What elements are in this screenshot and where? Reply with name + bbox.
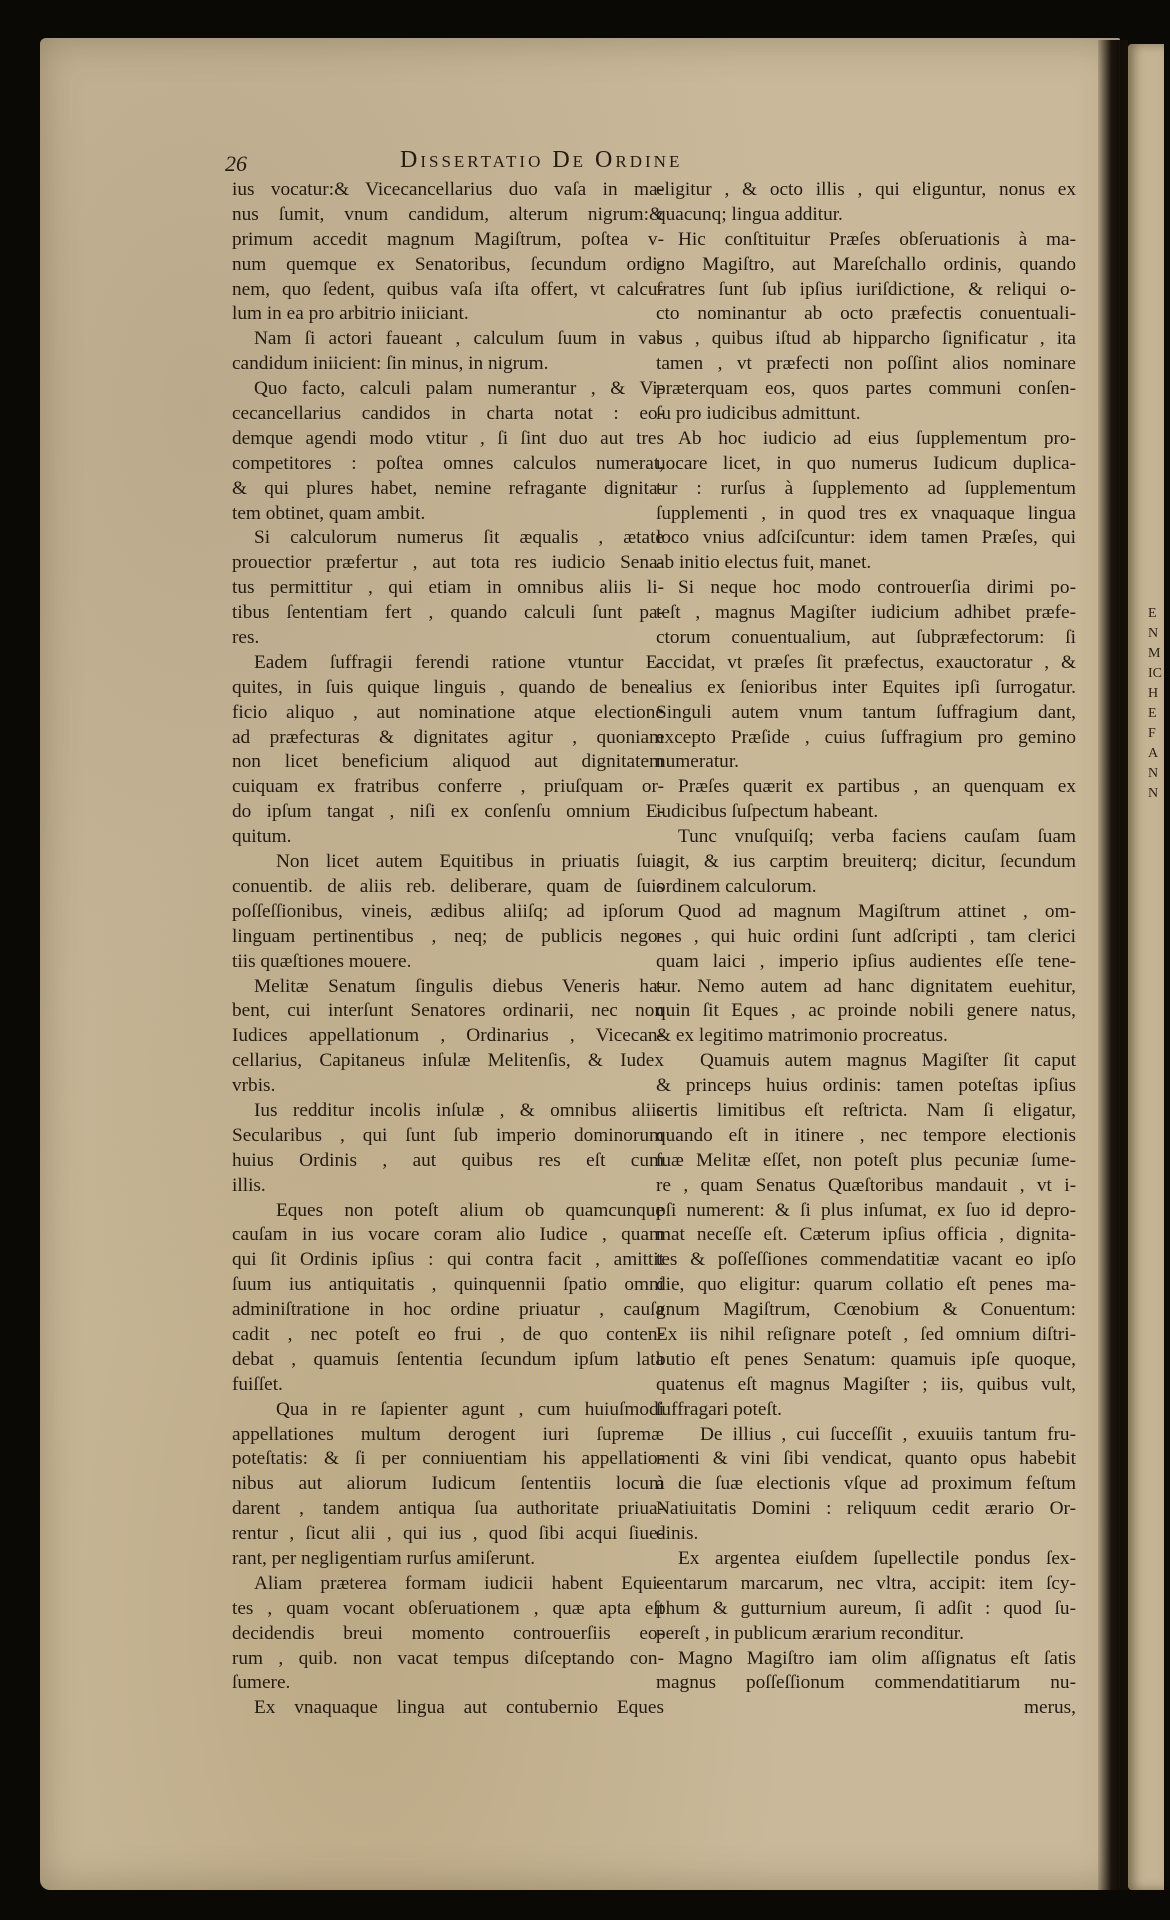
text-line: Quod ad magnum Magiſtrum attinet , om- <box>656 900 1076 925</box>
text-line: mat neceſſe eſt. Cæterum ipſius officia … <box>656 1223 1076 1248</box>
text-line: tur : rurſus à ſupplemento ad ſupplement… <box>656 477 1076 502</box>
text-line: cto nominantur ab octo præfectis conuent… <box>656 302 1076 327</box>
text-line: uocare licet, in quo numerus Iudicum dup… <box>656 452 1076 477</box>
text-line: & princeps huius ordinis: tamen poteſtas… <box>656 1074 1076 1099</box>
text-line: Si neque hoc modo controuerſia dirimi po… <box>656 576 1076 601</box>
text-line: cauſam in ius vocare coram alio Iudice ,… <box>232 1223 664 1248</box>
text-line: demque agendi modo vtitur , ſi ſint duo … <box>232 427 664 452</box>
text-line: ſumere. <box>232 1671 664 1696</box>
text-line: ſupplementi , in quod tres ex vnaquaque … <box>656 502 1076 527</box>
text-line: Præſes quærit ex partibus , an quenquam … <box>656 775 1076 800</box>
text-line: re , quam Senatus Quæſtoribus mandauit ,… <box>656 1174 1076 1199</box>
text-line: Eadem ſuffragii ferendi ratione vtuntur … <box>232 651 664 676</box>
text-line: num quemque ex Senatoribus, ſecundum ord… <box>232 253 664 278</box>
text-line: eligitur , & octo illis , qui eliguntur,… <box>656 178 1076 203</box>
text-line: Non licet autem Equitibus in priuatis ſu… <box>232 850 664 875</box>
text-line: ctorum conuentualium, aut ſubpræfectorum… <box>656 626 1076 651</box>
text-line: huius Ordinis , aut quibus res eſt cum <box>232 1149 664 1174</box>
text-line: competitores : poſtea omnes calculos num… <box>232 452 664 477</box>
adjacent-page-edge: ENMICHEFANN <box>1128 44 1164 1890</box>
text-line: Hic conſtituitur Præſes obſeruationis à … <box>656 228 1076 253</box>
text-line: rant, per negligentiam rurſus amiſerunt. <box>232 1547 664 1572</box>
text-line: nem, quo ſedent, quibus vaſa iſta offert… <box>232 278 664 303</box>
text-line: ficio aliquo , aut nominatione atque ele… <box>232 701 664 726</box>
text-line: conuentib. de aliis reb. deliberare, qua… <box>232 875 664 900</box>
text-line: ſuffragari poteſt. <box>656 1398 1076 1423</box>
text-line: & ex legitimo matrimonio procreatus. <box>656 1024 1076 1049</box>
text-line: do ipſum tangat , niſi ex conſenſu omniu… <box>232 800 664 825</box>
text-line: nibus aut aliorum Iudicum ſententiis loc… <box>232 1472 664 1497</box>
text-line: lum in ea pro arbitrio iniiciant. <box>232 302 664 327</box>
text-line: pereſt , in publicum ærarium reconditur. <box>656 1622 1076 1647</box>
text-line: ordinem calculorum. <box>656 875 1076 900</box>
text-column-right: eligitur , & octo illis , qui eliguntur,… <box>656 178 1076 1721</box>
text-line: Ex argentea eiuſdem ſupellectile pondus … <box>656 1547 1076 1572</box>
text-line: Ex iis nihil reſignare poteſt , ſed omni… <box>656 1323 1076 1348</box>
text-line: candidum iniicient: ſin minus, in nigrum… <box>232 352 664 377</box>
text-line: tibus ſententiam fert , quando calculi ſ… <box>232 601 664 626</box>
adjacent-page-margin-text: ENMICHEFANN <box>1148 604 1162 804</box>
text-line: loco vnius adſciſcuntur: idem tamen Præſ… <box>656 526 1076 551</box>
text-line: centarum marcarum, nec vltra, accipit: i… <box>656 1572 1076 1597</box>
text-line: ab initio electus fuit, manet. <box>656 551 1076 576</box>
text-line: prouectior præfertur , aut tota res iudi… <box>232 551 664 576</box>
text-line: Ius redditur incolis inſulæ , & omnibus … <box>232 1099 664 1124</box>
text-line: linguam pertinentibus , neq; de publicis… <box>232 925 664 950</box>
text-line: Tunc vnuſquiſq; verba faciens cauſam ſua… <box>656 825 1076 850</box>
text-line: Si calculorum numerus ſit æqualis , ætat… <box>232 526 664 551</box>
text-line: tamen , vt præfecti non poſſint alios no… <box>656 352 1076 377</box>
text-line: primum accedit magnum Magiſtrum, poſtea … <box>232 228 664 253</box>
text-line: quam laici , imperio ipſius audientes eſ… <box>656 950 1076 975</box>
text-line: ſuæ Melitæ eſſet, non poteſt plus pecuni… <box>656 1149 1076 1174</box>
text-line: qui ſit Ordinis ipſius : qui contra faci… <box>232 1248 664 1273</box>
text-line: accidat, vt præſes ſit præfectus, exauct… <box>656 651 1076 676</box>
text-line: quitum. <box>232 825 664 850</box>
text-line: appellationes multum derogent iuri ſupre… <box>232 1423 664 1448</box>
text-line: phum & gutturnium aureum, ſi adſit : quo… <box>656 1597 1076 1622</box>
text-line: Eques non poteſt alium ob quamcunque <box>232 1199 664 1224</box>
text-line: Nam ſi actori faueant , calculum ſuum in… <box>232 327 664 352</box>
text-line: certis limitibus eſt reſtricta. Nam ſi e… <box>656 1099 1076 1124</box>
text-line: ad præfecturas & dignitates agitur , quo… <box>232 726 664 751</box>
text-line: & qui plures habet, nemine refragante di… <box>232 477 664 502</box>
text-line: cadit , nec poteſt eo frui , de quo cont… <box>232 1323 664 1348</box>
text-line: ſuum ius antiquitatis , quinquennii ſpat… <box>232 1273 664 1298</box>
text-line: decidendis breui momento controuerſiis e… <box>232 1622 664 1647</box>
text-line: ius vocatur:& Vicecancellarius duo vaſa … <box>232 178 664 203</box>
page-number: 26 <box>225 151 247 177</box>
text-line: iudicibus ſuſpectum habeant. <box>656 800 1076 825</box>
text-line: ſu pro iudicibus admittunt. <box>656 402 1076 427</box>
text-line: cuiquam ex fratribus conferre , priuſqua… <box>232 775 664 800</box>
text-line: darent , tandem antiqua ſua authoritate … <box>232 1497 664 1522</box>
text-line: tiis quæſtiones mouere. <box>232 950 664 975</box>
text-line: alius ex ſenioribus inter Equites ipſi ſ… <box>656 676 1076 701</box>
running-head: Dissertatio De Ordine <box>400 147 682 174</box>
text-line: die, quo eligitur: quarum collatio eſt p… <box>656 1273 1076 1298</box>
text-line: illis. <box>232 1174 664 1199</box>
text-line: cellarius, Capitaneus inſulæ Melitenſis,… <box>232 1049 664 1074</box>
text-line: butio eſt penes Senatum: quamuis ipſe qu… <box>656 1348 1076 1373</box>
text-line: excepto Præſide , cuius ſuffragium pro g… <box>656 726 1076 751</box>
text-line: quin ſit Eques , ac proinde nobili gener… <box>656 999 1076 1024</box>
text-line: magnus poſſeſſionum commendatitiarum nu- <box>656 1671 1076 1696</box>
text-line: præterquam eos, quos partes communi conſ… <box>656 377 1076 402</box>
text-line: numeratur. <box>656 750 1076 775</box>
text-line: bent, cui interſunt Senatores ordinarii,… <box>232 999 664 1024</box>
text-line: Singuli autem vnum tantum ſuffragium dan… <box>656 701 1076 726</box>
text-line: adminiſtratione in hoc ordine priuatur ,… <box>232 1298 664 1323</box>
text-line: vrbis. <box>232 1074 664 1099</box>
text-line: tur. Nemo autem ad hanc dignitatem euehi… <box>656 975 1076 1000</box>
text-column-left: ius vocatur:& Vicecancellarius duo vaſa … <box>232 178 664 1721</box>
text-line: gnum Magiſtrum, Cœnobium & Conuentum: <box>656 1298 1076 1323</box>
text-line: tes , quam vocant obſeruationem , quæ ap… <box>232 1597 664 1622</box>
text-line: cecancellarius candidos in charta notat … <box>232 402 664 427</box>
text-line: nus ſumit, vnum candidum, alterum nigrum… <box>232 203 664 228</box>
text-line: Quo facto, calculi palam numerantur , & … <box>232 377 664 402</box>
text-line: tus permittitur , qui etiam in omnibus a… <box>232 576 664 601</box>
text-line: Secularibus , qui ſunt ſub imperio domin… <box>232 1124 664 1149</box>
text-line: tes & poſſeſſiones commendatitiæ vacant … <box>656 1248 1076 1273</box>
text-line: Melitæ Senatum ſingulis diebus Veneris h… <box>232 975 664 1000</box>
text-line: Natiuitatis Domini : reliquum cedit ærar… <box>656 1497 1076 1522</box>
page-header: 26 Dissertatio De Ordine <box>225 145 835 175</box>
text-line: fratres ſunt ſub ipſius iuriſdictione, &… <box>656 278 1076 303</box>
text-line: teſt , magnus Magiſter iudicium adhibet … <box>656 601 1076 626</box>
text-line: De illius , cui ſucceſſit , exuuiis tant… <box>656 1423 1076 1448</box>
binding-gutter <box>1098 40 1128 1890</box>
text-line: quatenus eſt magnus Magiſter ; iis, quib… <box>656 1373 1076 1398</box>
text-line: debat , quamuis ſententia ſecundum ipſum… <box>232 1348 664 1373</box>
text-line: Magno Magiſtro iam olim aſſignatus eſt ſ… <box>656 1647 1076 1672</box>
text-line: poteſtatis: & ſi per conniuentiam his ap… <box>232 1447 664 1472</box>
text-line: gno Magiſtro, aut Mareſchallo ordinis, q… <box>656 253 1076 278</box>
text-line: res. <box>232 626 664 651</box>
text-line: rentur , ſicut alii , qui ius , quod ſib… <box>232 1522 664 1547</box>
text-line: menti & vini ſibi vendicat, quanto opus … <box>656 1447 1076 1472</box>
text-line: Ab hoc iudicio ad eius ſupplementum pro- <box>656 427 1076 452</box>
text-line: rum , quib. non vacat tempus diſceptando… <box>232 1647 664 1672</box>
text-line: nes , qui huic ordini ſunt adſcripti , t… <box>656 925 1076 950</box>
text-line: quites, in ſuis quique linguis , quando … <box>232 676 664 701</box>
text-line: poſſeſſionibus, vineis, ædibus aliiſq; a… <box>232 900 664 925</box>
text-line: Qua in re ſapienter agunt , cum huiuſmod… <box>232 1398 664 1423</box>
text-line: Aliam præterea formam iudicii habent Equ… <box>232 1572 664 1597</box>
text-line: fuiſſet. <box>232 1373 664 1398</box>
text-line: quacunq; lingua additur. <box>656 203 1076 228</box>
text-line: merus, <box>656 1696 1076 1721</box>
text-line: tem obtinet, quam ambit. <box>232 502 664 527</box>
text-line: Ex vnaquaque lingua aut contubernio Eque… <box>232 1696 664 1721</box>
text-line: non licet beneficium aliquod aut dignita… <box>232 750 664 775</box>
text-line: Iudices appellationum , Ordinarius , Vic… <box>232 1024 664 1049</box>
text-line: agit, & ius carptim breuiterq; dicitur, … <box>656 850 1076 875</box>
text-line: quando eſt in itinere , nec tempore elec… <box>656 1124 1076 1149</box>
text-line: à die ſuæ electionis vſque ad proximum f… <box>656 1472 1076 1497</box>
text-line: bus , quibus iſtud ab hipparcho ſignific… <box>656 327 1076 352</box>
text-line: dinis. <box>656 1522 1076 1547</box>
text-line: pſi numerent: & ſi plus inſumat, ex ſuo … <box>656 1199 1076 1224</box>
text-line: Quamuis autem magnus Magiſter ſit caput <box>656 1049 1076 1074</box>
